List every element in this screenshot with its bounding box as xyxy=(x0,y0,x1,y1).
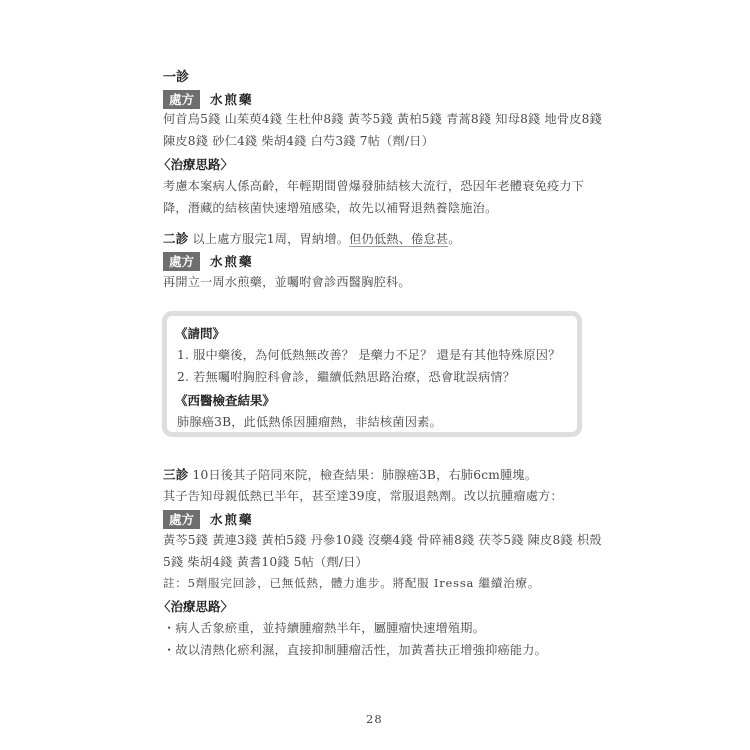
prescription-label: 處方 xyxy=(163,252,200,271)
visit2-text: 以上處方服完1周，胃納增。 xyxy=(192,232,349,246)
visit2-underlined-text: 但仍低熱、倦怠甚 xyxy=(349,232,448,246)
visit2-instruction: 再開立一周水煎藥，並囑咐會診西醫胸腔科。 xyxy=(163,273,411,290)
question-2: 2. 若無囑咐胸腔科會診，繼續低熱思路治療，恐會耽誤病情？ xyxy=(177,368,515,385)
visit1-prescription-header: 處方水煎藥 xyxy=(163,89,254,109)
visit3-line-1: 三診 10日後其子陪同來院，檢查結果：肺腺癌3B，右肺6cm腫塊。 xyxy=(163,465,537,483)
prescription-type: 水煎藥 xyxy=(210,92,254,107)
question-box: 《請問》 1. 服中藥後，為何低熱無改善？ 是藥力不足？ 還是有其他特殊原因？ … xyxy=(162,311,582,437)
visit3-herb-line-2: 5錢 柴胡4錢 黃耆10錢 5帖（劑/日） xyxy=(163,553,368,570)
visit3-heading: 三診 xyxy=(163,467,188,482)
visit2-line: 二診 以上處方服完1周，胃納增。但仍低熱、倦怠甚。 xyxy=(163,229,461,247)
visit1-rationale-heading: 〈治療思路〉 xyxy=(158,155,233,173)
visit1-rationale-line-2: 降，潛藏的結核菌快速增殖感染，故先以補腎退熱養陰施治。 xyxy=(163,199,497,216)
visit1-herb-line-1: 何首烏5錢 山茱萸4錢 生杜仲8錢 黃芩5錢 黃柏5錢 青蒿8錢 知母8錢 地骨… xyxy=(163,110,602,127)
visit3-herb-line-1: 黃芩5錢 黃連3錢 黃柏5錢 丹參10錢 沒藥4錢 骨碎補8錢 茯苓5錢 陳皮8… xyxy=(163,531,602,548)
visit3-line-2: 其子告知母親低熱已半年，甚至達39度，常服退熱劑。改以抗腫瘤處方： xyxy=(163,487,563,504)
prescription-type: 水煎藥 xyxy=(210,512,254,527)
visit1-herb-line-2: 陳皮8錢 砂仁4錢 柴胡4錢 白芍3錢 7帖（劑/日） xyxy=(163,132,434,149)
visit3-text-1: 10日後其子陪同來院，檢查結果：肺腺癌3B，右肺6cm腫塊。 xyxy=(192,468,537,482)
question-1: 1. 服中藥後，為何低熱無改善？ 是藥力不足？ 還是有其他特殊原因？ xyxy=(177,346,561,363)
visit3-note: 註：5劑服完回診，已無低熱，體力進步。將配服 Iressa 繼續治療。 xyxy=(163,575,540,591)
result-heading: 《西醫檢查結果》 xyxy=(175,391,275,409)
visit3-bullet-1: ・病人舌象瘀重，並持續腫瘤熱半年，屬腫瘤快速增殖期。 xyxy=(163,619,485,636)
question-heading: 《請問》 xyxy=(175,324,225,342)
page-number: 28 xyxy=(366,712,383,726)
visit1-heading: 一診 xyxy=(163,66,189,85)
book-page: 一診 處方水煎藥 何首烏5錢 山茱萸4錢 生杜仲8錢 黃芩5錢 黃柏5錢 青蒿8… xyxy=(0,0,750,750)
visit2-prescription-header: 處方水煎藥 xyxy=(163,251,254,271)
visit1-rationale-line-1: 考慮本案病人係高齡，年輕期間曾爆發肺結核大流行，恐因年老體衰免疫力下 xyxy=(163,177,584,194)
visit3-prescription-header: 處方水煎藥 xyxy=(163,509,254,529)
result-text: 肺腺癌3B，此低熱係因腫瘤熱，非結核菌因素。 xyxy=(177,413,442,430)
visit2-end: 。 xyxy=(448,232,460,246)
prescription-label: 處方 xyxy=(163,90,200,109)
prescription-label: 處方 xyxy=(163,510,200,529)
prescription-type: 水煎藥 xyxy=(210,254,254,269)
visit2-heading: 二診 xyxy=(163,231,188,246)
visit3-rationale-heading: 〈治療思路〉 xyxy=(158,597,233,615)
visit3-bullet-2: ・故以清熱化瘀利濕，直接抑制腫瘤活性，加黃耆扶正增強抑癌能力。 xyxy=(163,641,547,658)
